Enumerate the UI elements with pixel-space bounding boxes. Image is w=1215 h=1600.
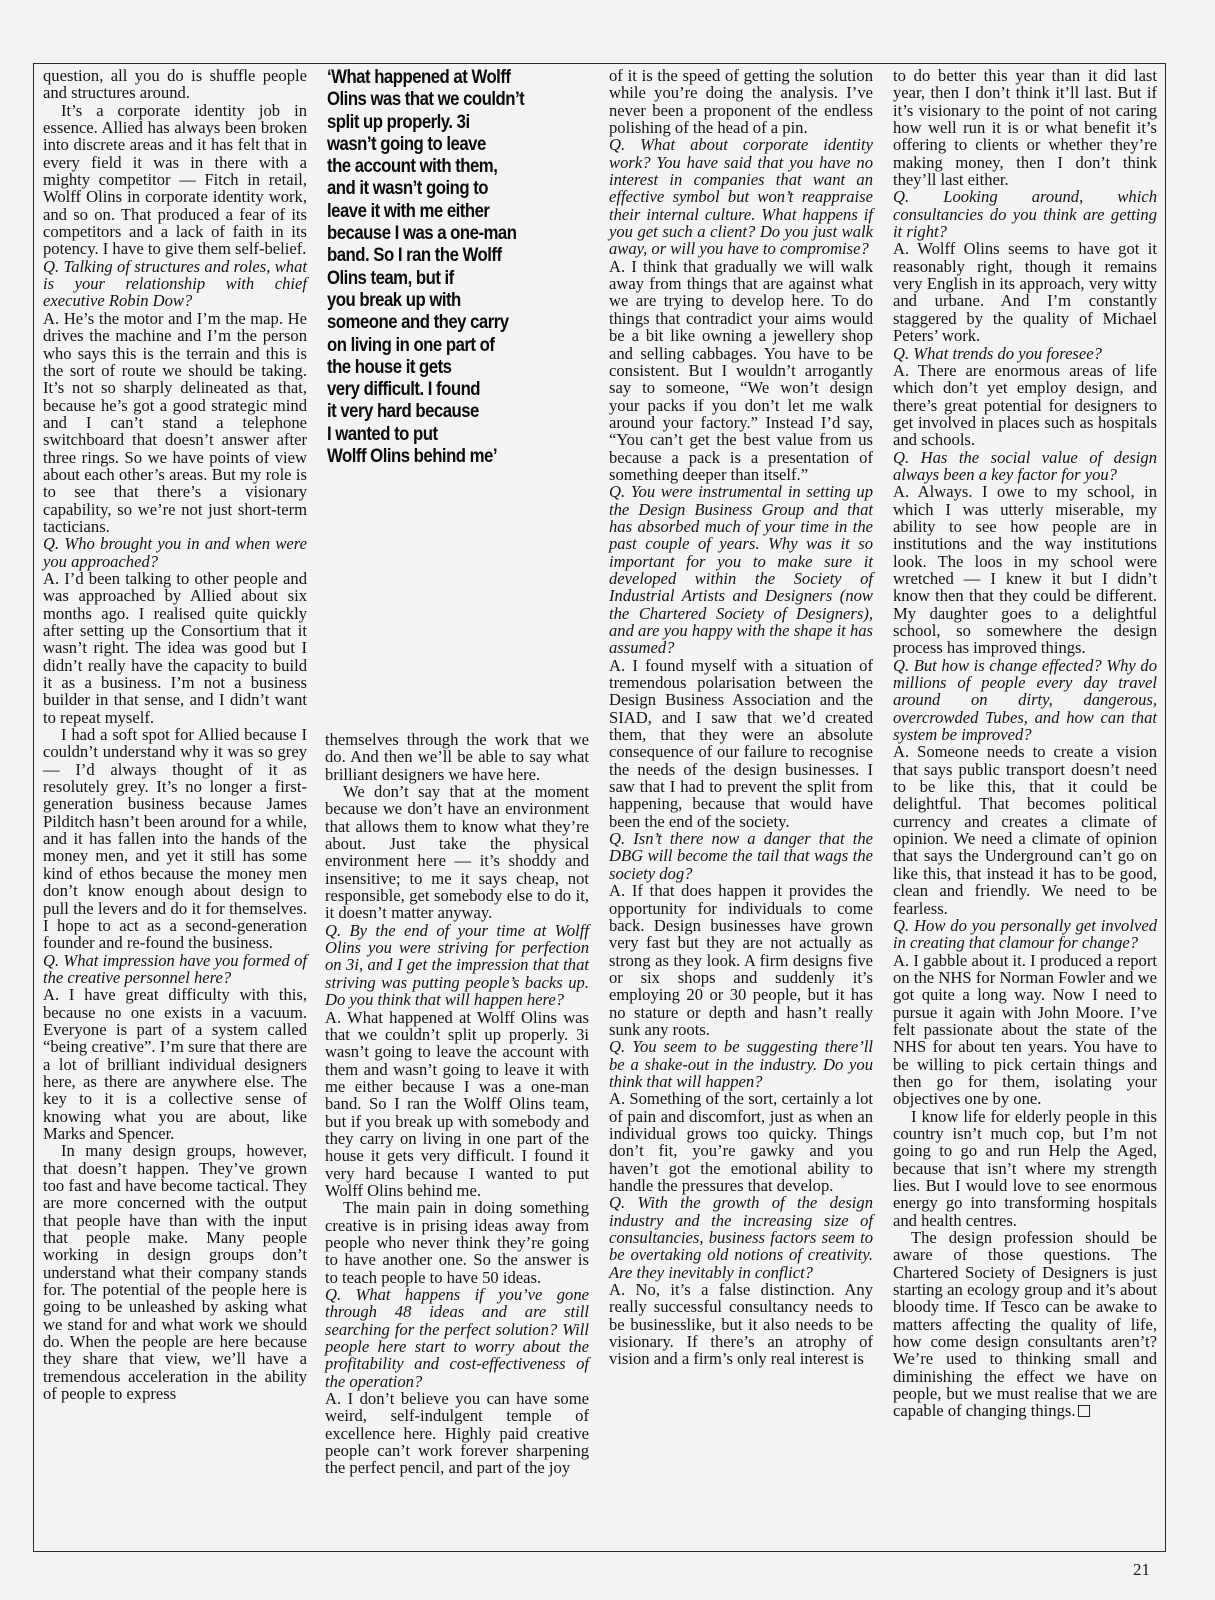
paragraph-text: A. I found myself with a situation of tr… — [609, 656, 873, 831]
paragraph-text: A. I gabble about it. I produced a repor… — [893, 951, 1157, 1109]
answer-paragraph: A. Something of the sort, certainly a lo… — [609, 1090, 873, 1194]
paragraph-text: to do better this year than it did last … — [893, 66, 1157, 189]
body-paragraph: I had a soft spot for Allied because I c… — [43, 726, 307, 951]
paragraph-text: Q. Isn’t there now a danger that the DBG… — [609, 829, 873, 883]
answer-paragraph: of it is the speed of getting the soluti… — [609, 67, 873, 136]
pull-quote-line: it very hard because — [327, 400, 551, 422]
answer-paragraph: A. I gabble about it. I produced a repor… — [893, 952, 1157, 1108]
question-paragraph: Q. With the growth of the design industr… — [609, 1194, 873, 1281]
pull-quote-line: ‘What happened at Wolff — [327, 66, 551, 88]
paragraph-text: A. Wolff Olins seems to have got it reas… — [893, 239, 1157, 345]
paragraph-text: A. No, it’s a false distinction. Any rea… — [609, 1280, 873, 1368]
answer-paragraph: A. I have great difficulty with this, be… — [43, 986, 307, 1142]
paragraph-text: A. If that does happen it provides the o… — [609, 881, 873, 1039]
pull-quote-line: on living in one part of — [327, 334, 551, 356]
pull-quote-line: Olins team, but if — [327, 267, 551, 289]
question-paragraph: Q. What trends do you foresee? — [893, 345, 1157, 362]
paragraph-text: Q. By the end of your time at Wolff Olin… — [325, 921, 589, 1009]
text-column-2: themselves through the work that we do. … — [325, 731, 589, 1477]
question-paragraph: Q. What happens if you’ve gone through 4… — [325, 1286, 589, 1390]
pull-quote-line: very difficult. I found — [327, 378, 551, 400]
pull-quote-line: someone and they carry — [327, 311, 551, 333]
question-paragraph: Q. By the end of your time at Wolff Olin… — [325, 922, 589, 1009]
answer-paragraph: A. Always. I owe to my school, in which … — [893, 483, 1157, 656]
paragraph-text: A. I don’t believe you can have some wei… — [325, 1389, 589, 1477]
paragraph-text: A. I’d been talking to other people and … — [43, 569, 307, 727]
paragraph-text: Q. Who brought you in and when were you … — [43, 534, 307, 570]
pull-quote-line: band. So I ran the Wolff — [327, 244, 551, 266]
pull-quote-line: and it wasn’t going to — [327, 177, 551, 199]
paragraph-text: The main pain in doing something creativ… — [325, 1198, 589, 1286]
pull-quote-line: wasn’t going to leave — [327, 133, 551, 155]
answer-paragraph: A. I’d been talking to other people and … — [43, 570, 307, 726]
text-column-3: of it is the speed of getting the soluti… — [609, 67, 873, 1368]
question-paragraph: Q. You were instrumental in setting up t… — [609, 483, 873, 656]
paragraph-text: Q. What about corporate identity work? Y… — [609, 135, 873, 258]
paragraph-text: Q. Looking around, which consultancies d… — [893, 187, 1157, 241]
paragraph-text: themselves through the work that we do. … — [325, 730, 589, 784]
text-column-1: question, all you do is shuffle people a… — [43, 67, 307, 1402]
paragraph-text: I know life for elderly people in this c… — [893, 1107, 1157, 1230]
paragraph-text: Q. With the growth of the design industr… — [609, 1193, 873, 1281]
question-paragraph: Q. What impression have you formed of th… — [43, 952, 307, 987]
answer-paragraph: A. Someone needs to create a vision that… — [893, 743, 1157, 916]
answer-paragraph: A. No, it’s a false distinction. Any rea… — [609, 1281, 873, 1368]
answer-paragraph: A. There are enormous areas of life whic… — [893, 362, 1157, 449]
paragraph-text: It’s a corporate identity job in essence… — [43, 101, 307, 259]
body-paragraph: I know life for elderly people in this c… — [893, 1108, 1157, 1229]
paragraph-text: Q. Has the social value of design always… — [893, 448, 1157, 484]
body-paragraph: It’s a corporate identity job in essence… — [43, 102, 307, 258]
answer-paragraph: A. What happened at Wolff Olins was that… — [325, 1009, 589, 1200]
question-paragraph: Q. Has the social value of design always… — [893, 449, 1157, 484]
question-paragraph: Q. What about corporate identity work? Y… — [609, 136, 873, 257]
pull-quote-line: split up properly. 3i — [327, 111, 551, 133]
body-paragraph: We don’t say that at the moment because … — [325, 783, 589, 922]
pull-quote-line: Olins was that we couldn’t — [327, 88, 551, 110]
paragraph-text: A. Something of the sort, certainly a lo… — [609, 1089, 873, 1195]
question-paragraph: Q. Looking around, which consultancies d… — [893, 188, 1157, 240]
body-paragraph: The design profession should be aware of… — [893, 1229, 1157, 1420]
pull-quote-line: Wolff Olins behind me’ — [327, 445, 551, 467]
answer-paragraph: question, all you do is shuffle people a… — [43, 67, 307, 102]
answer-paragraph: themselves through the work that we do. … — [325, 731, 589, 783]
paragraph-text: Q. You were instrumental in setting up t… — [609, 482, 873, 657]
paragraph-text: The design profession should be aware of… — [893, 1228, 1157, 1420]
paragraph-text: of it is the speed of getting the soluti… — [609, 66, 873, 137]
question-paragraph: Q. Who brought you in and when were you … — [43, 535, 307, 570]
paragraph-text: A. I have great difficulty with this, be… — [43, 985, 307, 1143]
paragraph-text: A. Always. I owe to my school, in which … — [893, 482, 1157, 657]
pull-quote-line: you break up with — [327, 289, 551, 311]
text-column-4: to do better this year than it did last … — [893, 67, 1157, 1420]
question-paragraph: Q. But how is change effected? Why do mi… — [893, 657, 1157, 744]
paragraph-text: I had a soft spot for Allied because I c… — [43, 725, 307, 952]
answer-paragraph: A. Wolff Olins seems to have got it reas… — [893, 240, 1157, 344]
answer-paragraph: A. I found myself with a situation of tr… — [609, 657, 873, 830]
answer-paragraph: A. If that does happen it provides the o… — [609, 882, 873, 1038]
question-paragraph: Q. How do you personally get involved in… — [893, 917, 1157, 952]
question-paragraph: Q. Talking of structures and roles, what… — [43, 258, 307, 310]
pull-quote-line: the account with them, — [327, 155, 551, 177]
pull-quote-line: I wanted to put — [327, 423, 551, 445]
pull-quote-line: leave it with me either — [327, 200, 551, 222]
paragraph-text: Q. You seem to be suggesting there’ll be… — [609, 1037, 873, 1091]
question-paragraph: Q. Isn’t there now a danger that the DBG… — [609, 830, 873, 882]
answer-paragraph: A. I think that gradually we will walk a… — [609, 258, 873, 483]
paragraph-text: Q. Talking of structures and roles, what… — [43, 257, 307, 311]
end-mark-square-icon — [1078, 1405, 1090, 1417]
answer-paragraph: A. He’s the motor and I’m the map. He dr… — [43, 310, 307, 535]
paragraph-text: A. He’s the motor and I’m the map. He dr… — [43, 309, 307, 536]
paragraph-text: Q. What impression have you formed of th… — [43, 951, 307, 987]
body-paragraph: In many design groups, however, that doe… — [43, 1142, 307, 1402]
question-paragraph: Q. You seem to be suggesting there’ll be… — [609, 1038, 873, 1090]
paragraph-text: A. Someone needs to create a vision that… — [893, 742, 1157, 917]
paragraph-text: We don’t say that at the moment because … — [325, 782, 589, 922]
paragraph-text: In many design groups, however, that doe… — [43, 1141, 307, 1403]
paragraph-text: Q. What happens if you’ve gone through 4… — [325, 1285, 589, 1391]
paragraph-text: A. I think that gradually we will walk a… — [609, 257, 873, 484]
paragraph-text: Q. How do you personally get involved in… — [893, 916, 1157, 952]
paragraph-text: A. There are enormous areas of life whic… — [893, 361, 1157, 449]
paragraph-text: question, all you do is shuffle people a… — [43, 66, 307, 102]
pull-quote-line: the house it gets — [327, 356, 551, 378]
body-paragraph: The main pain in doing something creativ… — [325, 1199, 589, 1286]
page-number: 21 — [1133, 1560, 1150, 1580]
paragraph-text: A. What happened at Wolff Olins was that… — [325, 1008, 589, 1200]
paragraph-text: Q. But how is change effected? Why do mi… — [893, 656, 1157, 744]
answer-paragraph: A. I don’t believe you can have some wei… — [325, 1390, 589, 1477]
pull-quote-line: because I was a one-man — [327, 222, 551, 244]
paragraph-text: Q. What trends do you foresee? — [893, 344, 1102, 363]
pull-quote: ‘What happened at WolffOlins was that we… — [327, 66, 551, 467]
answer-paragraph: to do better this year than it did last … — [893, 67, 1157, 188]
